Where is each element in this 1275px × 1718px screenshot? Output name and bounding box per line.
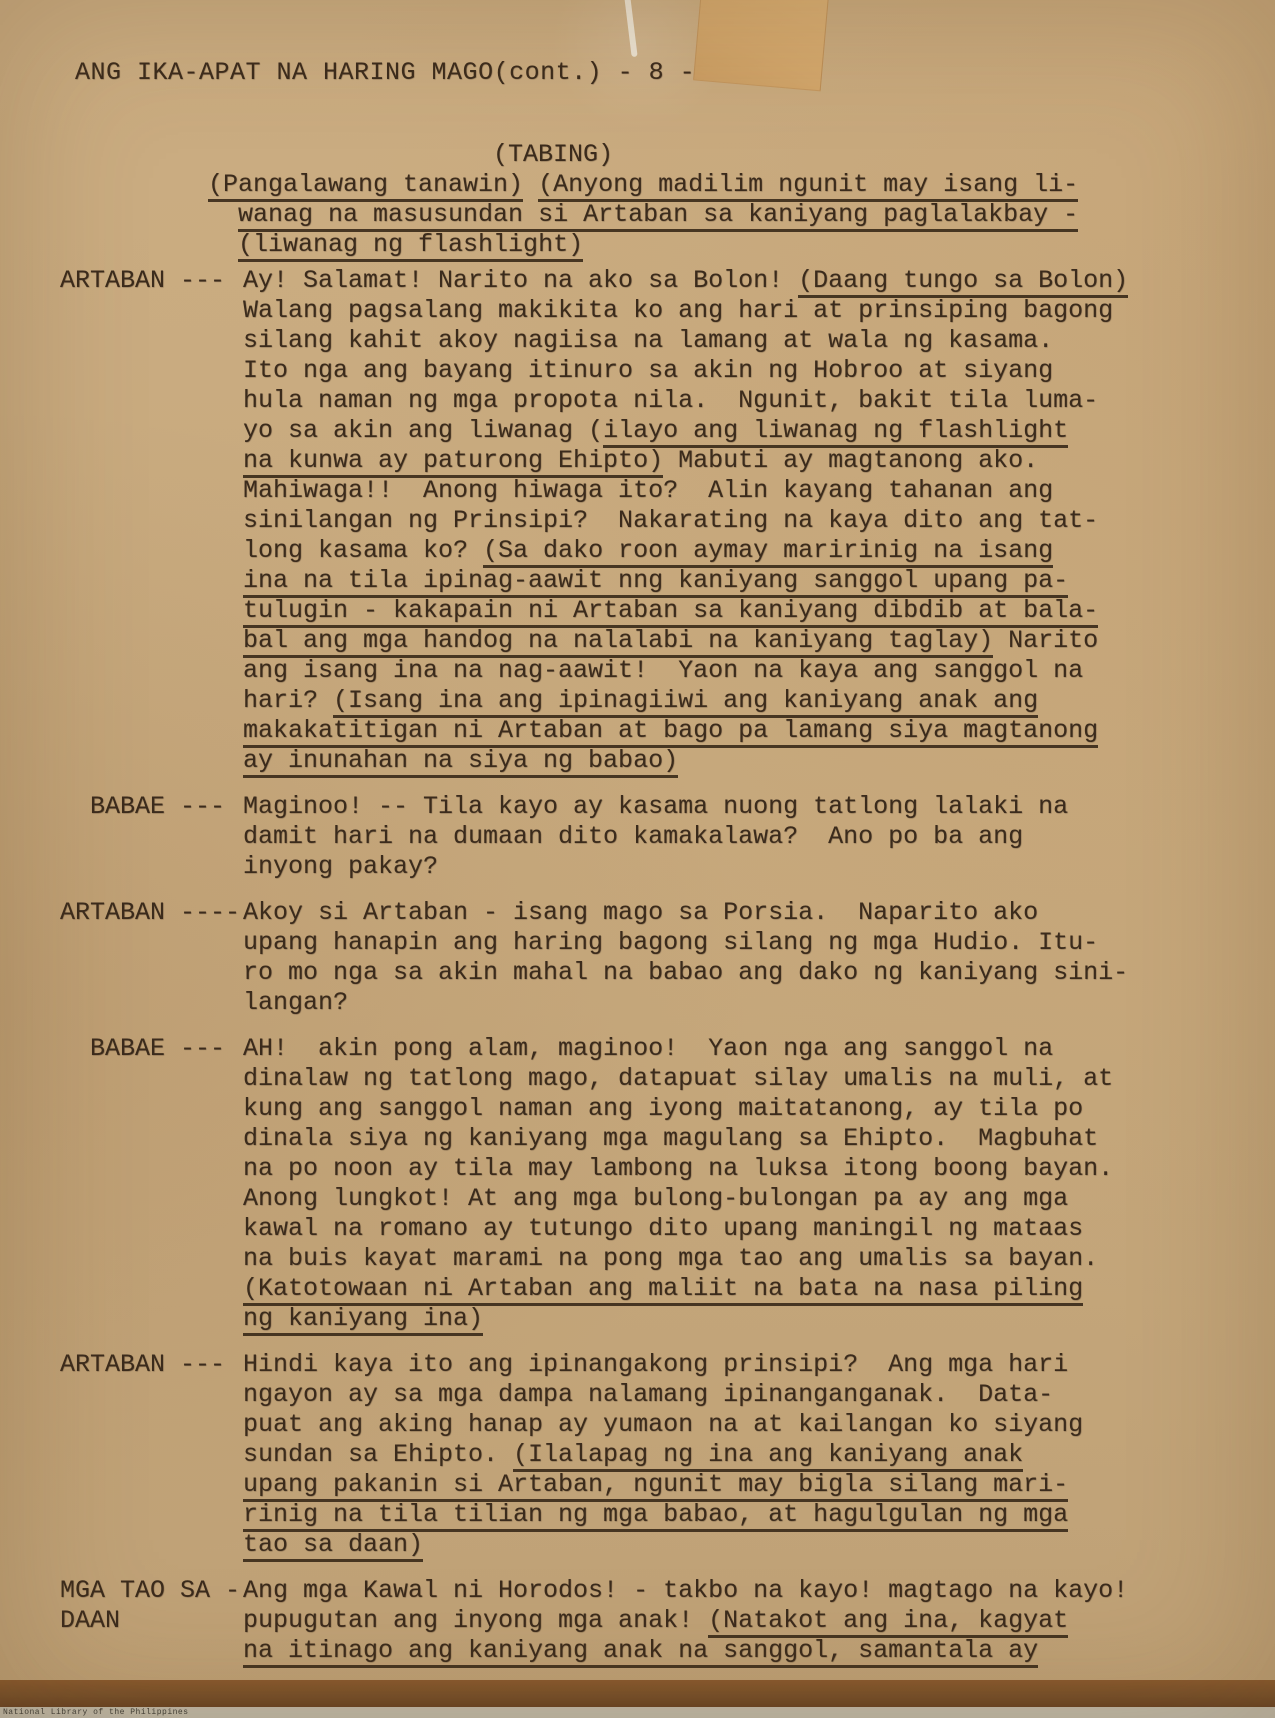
text-segment: hari?	[243, 686, 333, 715]
scan-edge-band	[0, 1680, 1275, 1707]
text-line: upang hanapin ang haring bagong silang n…	[243, 928, 1235, 958]
text-segment	[208, 230, 238, 259]
text-line: ina na tila ipinag-aawit nng kaniyang sa…	[243, 566, 1235, 596]
text-segment: pupugutan ang inyong mga anak!	[243, 1606, 708, 1635]
text-line: Ang mga Kawal ni Horodos! - takbo na kay…	[243, 1576, 1235, 1606]
speech: ARTABAN ----Akoy si Artaban - isang mago…	[60, 898, 1235, 1018]
text-line: silang kahit akoy nagiisa na lamang at w…	[243, 326, 1235, 356]
text-line: ay inunahan na siya ng babao)	[243, 746, 1235, 776]
text-segment: ARTABAN ---	[60, 1350, 225, 1379]
text-line: bal ang mga handog na nalalabi na kaniya…	[243, 626, 1235, 656]
text-line: makakatitigan ni Artaban at bago pa lama…	[243, 716, 1235, 746]
text-segment: Hindi kaya ito ang ipinangakong prinsipi…	[243, 1350, 1068, 1379]
text-segment: kung ang sanggol naman ang iyong maitata…	[243, 1094, 1083, 1123]
text-line: tao sa daan)	[243, 1530, 1235, 1560]
text-line: BABAE ---	[60, 792, 243, 822]
text-segment: MGA TAO SA -	[60, 1576, 240, 1605]
text-segment: ro mo nga sa akin mahal na babao ang dak…	[243, 958, 1128, 987]
text-segment: Maginoo! -- Tila kayo ay kasama nuong ta…	[243, 792, 1068, 821]
text-line: ARTABAN ----	[60, 898, 243, 928]
text-line: rinig na tila tilian ng mga babao, at ha…	[243, 1500, 1235, 1530]
text-line: (TABING)	[208, 140, 1078, 170]
text-segment: dinalaw ng tatlong mago, datapuat silay …	[243, 1064, 1113, 1093]
text-line: Ito nga ang bayang itinuro sa akin ng Ho…	[243, 356, 1235, 386]
text-segment: (liwanag ng flashlight)	[238, 230, 583, 262]
text-segment: yo sa akin ang liwanag (	[243, 416, 603, 445]
text-line: inyong pakay?	[243, 852, 1235, 882]
text-line: BABAE ---	[60, 1034, 243, 1064]
text-segment: sundan sa Ehipto.	[243, 1440, 513, 1469]
text-line: (Katotowaan ni Artaban ang maliit na bat…	[243, 1274, 1235, 1304]
speech: MGA TAO SA -DAANAng mga Kawal ni Horodos…	[60, 1576, 1235, 1666]
text-line: ro mo nga sa akin mahal na babao ang dak…	[243, 958, 1235, 988]
text-segment: kawal na romano ay tutungo dito upang ma…	[243, 1214, 1083, 1243]
dialogue-list: ARTABAN ---Ay! Salamat! Narito na ako sa…	[60, 266, 1235, 1682]
text-segment: tao sa daan)	[243, 1530, 423, 1562]
speech-lines: Maginoo! -- Tila kayo ay kasama nuong ta…	[243, 792, 1235, 882]
text-segment: ng kaniyang ina)	[243, 1304, 483, 1336]
text-segment: ARTABAN ----	[60, 898, 240, 927]
text-segment: puat ang aking hanap ay yumaon na at kai…	[243, 1410, 1083, 1439]
text-line: ARTABAN ---	[60, 266, 243, 296]
text-segment: silang kahit akoy nagiisa na lamang at w…	[243, 326, 1053, 355]
text-line: ngayon ay sa mga dampa nalamang ipinanga…	[243, 1380, 1235, 1410]
speech-lines: AH! akin pong alam, maginoo! Yaon nga an…	[243, 1034, 1235, 1334]
page-title: ANG IKA-APAT NA HARING MAGO(cont.) - 8 -	[75, 58, 695, 88]
text-line: dinala siya ng kaniyang mga magulang sa …	[243, 1124, 1235, 1154]
document-page: ANG IKA-APAT NA HARING MAGO(cont.) - 8 -…	[0, 0, 1275, 1718]
speech-lines: Ang mga Kawal ni Horodos! - takbo na kay…	[243, 1576, 1235, 1666]
text-segment: BABAE ---	[60, 1034, 225, 1063]
text-segment: na kunwa ay paturong Ehipto)	[243, 446, 663, 478]
text-segment: hula naman ng mga propota nila. Ngunit, …	[243, 386, 1098, 415]
text-line: na po noon ay tila may lambong na luksa …	[243, 1154, 1235, 1184]
watermark-text: National Library of the Philippines	[0, 1707, 1275, 1718]
text-segment: (Pangalawang tanawin)	[208, 170, 523, 202]
text-segment: DAAN	[60, 1606, 120, 1635]
text-line: tulugin - kakapain ni Artaban sa kaniyan…	[243, 596, 1235, 626]
speech-lines: Akoy si Artaban - isang mago sa Porsia. …	[243, 898, 1235, 1018]
text-segment: (Natakot ang ina, kagyat	[708, 1606, 1068, 1638]
text-segment: ang isang ina na nag-aawit! Yaon na kaya…	[243, 656, 1083, 685]
text-segment: na po noon ay tila may lambong na luksa …	[243, 1154, 1113, 1183]
stage-directions: (TABING)(Pangalawang tanawin) (Anyong ma…	[208, 140, 1078, 260]
text-segment: Anong lungkot! At ang mga bulong-bulonga…	[243, 1184, 1068, 1213]
text-segment: (Anyong madilim ngunit may isang li-	[538, 170, 1078, 202]
text-line: sundan sa Ehipto. (Ilalapag ng ina ang k…	[243, 1440, 1235, 1470]
text-line: sinilangan ng Prinsipi? Nakarating na ka…	[243, 506, 1235, 536]
text-segment: (Katotowaan ni Artaban ang maliit na bat…	[243, 1274, 1083, 1306]
text-segment: Ang mga Kawal ni Horodos! - takbo na kay…	[243, 1576, 1128, 1605]
text-segment: ina na tila ipinag-aawit nng kaniyang sa…	[243, 566, 1068, 598]
text-line: na kunwa ay paturong Ehipto) Mabuti ay m…	[243, 446, 1235, 476]
text-segment: long kasama ko?	[243, 536, 483, 565]
text-segment: (Isang ina ang ipinagiiwi ang kaniyang a…	[333, 686, 1038, 718]
speech: ARTABAN ---Hindi kaya ito ang ipinangako…	[60, 1350, 1235, 1560]
text-segment: Mahiwaga!! Anong hiwaga ito? Alin kayang…	[243, 476, 1053, 505]
text-line: na itinago ang kaniyang anak na sanggol,…	[243, 1636, 1235, 1666]
text-segment: Walang pagsalang makikita ko ang hari at…	[243, 296, 1113, 325]
text-segment: dinala siya ng kaniyang mga magulang sa …	[243, 1124, 1098, 1153]
text-line: Mahiwaga!! Anong hiwaga ito? Alin kayang…	[243, 476, 1235, 506]
text-segment: Mabuti ay magtanong ako.	[663, 446, 1038, 475]
text-segment: (Sa dako roon aymay maririnig na isang	[483, 536, 1053, 568]
speaker-label: ARTABAN ----	[60, 898, 243, 1018]
text-segment: bal ang mga handog na nalalabi na kaniya…	[243, 626, 993, 658]
text-segment: AH! akin pong alam, maginoo! Yaon nga an…	[243, 1034, 1053, 1063]
text-segment: na itinago ang kaniyang anak na sanggol,…	[243, 1636, 1038, 1668]
text-line: (Pangalawang tanawin) (Anyong madilim ng…	[208, 170, 1078, 200]
speech: ARTABAN ---Ay! Salamat! Narito na ako sa…	[60, 266, 1235, 776]
text-line: Akoy si Artaban - isang mago sa Porsia. …	[243, 898, 1235, 928]
text-line: ARTABAN ---	[60, 1350, 243, 1380]
text-line: dinalaw ng tatlong mago, datapuat silay …	[243, 1064, 1235, 1094]
speaker-label: BABAE ---	[60, 792, 243, 882]
text-segment: ay inunahan na siya ng babao)	[243, 746, 678, 778]
text-line: wanag na masusundan si Artaban sa kaniya…	[208, 200, 1078, 230]
text-segment: upang hanapin ang haring bagong silang n…	[243, 928, 1098, 957]
text-line: Walang pagsalang makikita ko ang hari at…	[243, 296, 1235, 326]
text-line: yo sa akin ang liwanag (ilayo ang liwana…	[243, 416, 1235, 446]
text-line: kung ang sanggol naman ang iyong maitata…	[243, 1094, 1235, 1124]
text-line: (liwanag ng flashlight)	[208, 230, 1078, 260]
text-segment: Ay! Salamat! Narito na ako sa Bolon!	[243, 266, 798, 295]
text-segment: inyong pakay?	[243, 852, 438, 881]
speaker-label: BABAE ---	[60, 1034, 243, 1334]
speech: BABAE ---AH! akin pong alam, maginoo! Ya…	[60, 1034, 1235, 1334]
text-segment: (Daang tungo sa Bolon)	[798, 266, 1128, 298]
text-line: ang isang ina na nag-aawit! Yaon na kaya…	[243, 656, 1235, 686]
text-line: long kasama ko? (Sa dako roon aymay mari…	[243, 536, 1235, 566]
text-line: AH! akin pong alam, maginoo! Yaon nga an…	[243, 1034, 1235, 1064]
text-line: Hindi kaya ito ang ipinangakong prinsipi…	[243, 1350, 1235, 1380]
speech-lines: Hindi kaya ito ang ipinangakong prinsipi…	[243, 1350, 1235, 1560]
text-segment: sinilangan ng Prinsipi? Nakarating na ka…	[243, 506, 1098, 535]
text-segment: ARTABAN ---	[60, 266, 225, 295]
speaker-label: MGA TAO SA -DAAN	[60, 1576, 243, 1666]
text-line: DAAN	[60, 1606, 243, 1636]
text-line: damit hari na dumaan dito kamakalawa? An…	[243, 822, 1235, 852]
text-line: Ay! Salamat! Narito na ako sa Bolon! (Da…	[243, 266, 1235, 296]
text-segment: damit hari na dumaan dito kamakalawa? An…	[243, 822, 1023, 851]
text-segment: na buis kayat marami na pong mga tao ang…	[243, 1244, 1098, 1273]
text-segment: Narito	[993, 626, 1098, 655]
text-segment: makakatitigan ni Artaban at bago pa lama…	[243, 716, 1098, 748]
tape-patch	[693, 0, 829, 91]
speaker-label: ARTABAN ---	[60, 1350, 243, 1560]
text-segment: ilayo ang liwanag ng flashlight	[603, 416, 1068, 448]
text-segment: langan?	[243, 988, 348, 1017]
text-segment	[208, 200, 238, 229]
text-segment: (Ilalapag ng ina ang kaniyang anak	[513, 1440, 1023, 1472]
text-line: MGA TAO SA -	[60, 1576, 243, 1606]
text-segment	[523, 170, 538, 199]
text-line: Maginoo! -- Tila kayo ay kasama nuong ta…	[243, 792, 1235, 822]
text-segment: (TABING)	[208, 140, 613, 169]
text-line: hula naman ng mga propota nila. Ngunit, …	[243, 386, 1235, 416]
text-segment: Ito nga ang bayang itinuro sa akin ng Ho…	[243, 356, 1053, 385]
text-line: hari? (Isang ina ang ipinagiiwi ang kani…	[243, 686, 1235, 716]
text-line: na buis kayat marami na pong mga tao ang…	[243, 1244, 1235, 1274]
text-line: pupugutan ang inyong mga anak! (Natakot …	[243, 1606, 1235, 1636]
text-segment: tulugin - kakapain ni Artaban sa kaniyan…	[243, 596, 1098, 628]
text-segment: ngayon ay sa mga dampa nalamang ipinanga…	[243, 1380, 1053, 1409]
text-line: Anong lungkot! At ang mga bulong-bulonga…	[243, 1184, 1235, 1214]
text-line: langan?	[243, 988, 1235, 1018]
watermark-strip: National Library of the Philippines	[0, 1707, 1275, 1718]
speech-lines: Ay! Salamat! Narito na ako sa Bolon! (Da…	[243, 266, 1235, 776]
speaker-label: ARTABAN ---	[60, 266, 243, 776]
scratch-mark	[624, 0, 637, 57]
speech: BABAE ---Maginoo! -- Tila kayo ay kasama…	[60, 792, 1235, 882]
text-segment: upang pakanin si Artaban, ngunit may big…	[243, 1470, 1068, 1502]
text-line: ng kaniyang ina)	[243, 1304, 1235, 1334]
text-line: puat ang aking hanap ay yumaon na at kai…	[243, 1410, 1235, 1440]
text-segment: rinig na tila tilian ng mga babao, at ha…	[243, 1500, 1068, 1532]
text-line: kawal na romano ay tutungo dito upang ma…	[243, 1214, 1235, 1244]
text-segment: wanag na masusundan si Artaban sa kaniya…	[238, 200, 1078, 232]
text-segment: Akoy si Artaban - isang mago sa Porsia. …	[243, 898, 1038, 927]
text-segment: BABAE ---	[60, 792, 225, 821]
text-line: upang pakanin si Artaban, ngunit may big…	[243, 1470, 1235, 1500]
